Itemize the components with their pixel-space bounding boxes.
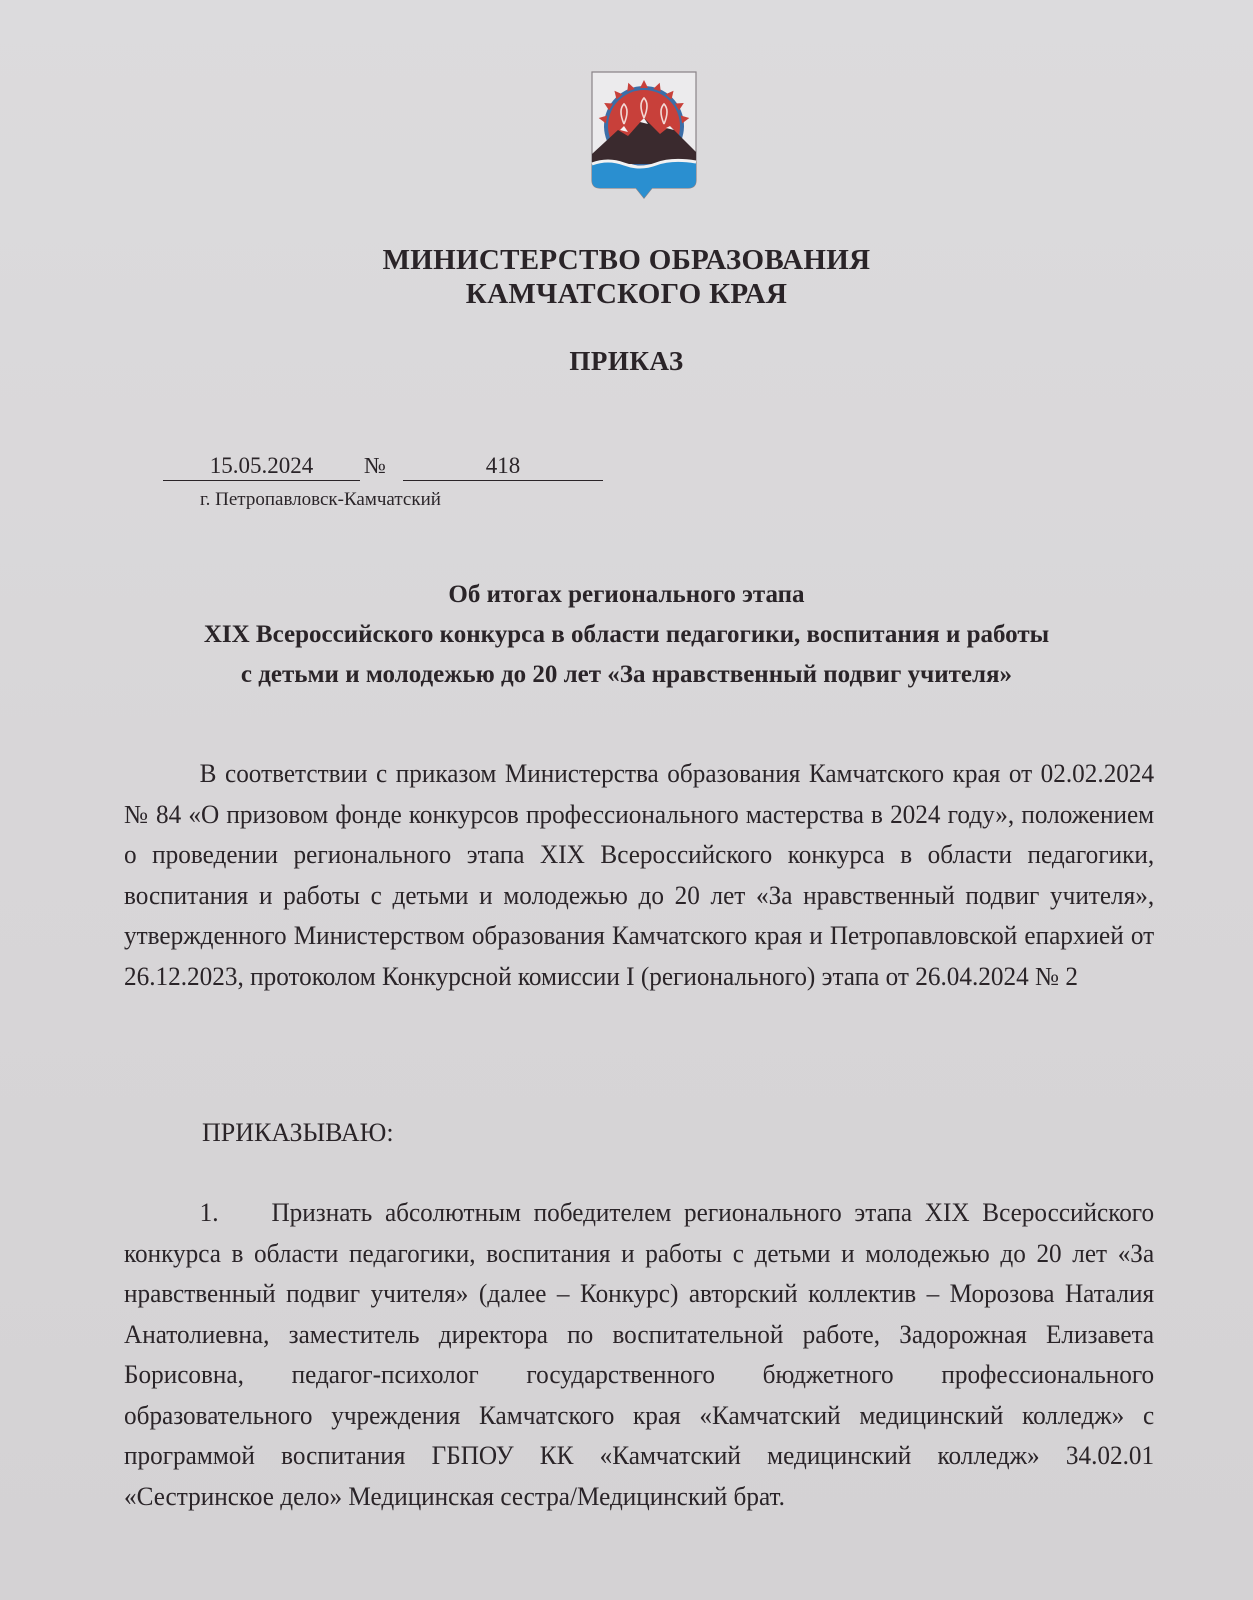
item-number: 1.	[200, 1193, 272, 1234]
subject-line-3: с детьми и молодежью до 20 лет «За нравс…	[0, 655, 1253, 695]
ministry-line-2: КАМЧАТСКОГО КРАЯ	[0, 277, 1253, 311]
city-line: г. Петропавловск-Камчатский	[200, 489, 441, 511]
order-date: 15.05.2024	[163, 452, 360, 481]
decree-word: ПРИКАЗЫВАЮ:	[202, 1118, 394, 1148]
preamble-paragraph: В соответствии с приказом Министерства о…	[124, 754, 1154, 997]
order-number: 418	[403, 452, 603, 481]
date-number-row: 15.05.2024 № 418	[163, 452, 600, 482]
order-subject: Об итогах регионального этапа XIX Всерос…	[0, 575, 1253, 695]
document-type: ПРИКАЗ	[0, 346, 1253, 377]
number-sign: №	[364, 452, 386, 480]
subject-line-2: XIX Всероссийского конкурса в области пе…	[0, 615, 1253, 655]
ministry-line-1: МИНИСТЕРСТВО ОБРАЗОВАНИЯ	[0, 243, 1253, 277]
document-page: МИНИСТЕРСТВО ОБРАЗОВАНИЯ КАМЧАТСКОГО КРА…	[0, 0, 1253, 1600]
coat-of-arms-icon	[588, 68, 700, 202]
subject-line-1: Об итогах регионального этапа	[0, 575, 1253, 615]
ministry-name: МИНИСТЕРСТВО ОБРАЗОВАНИЯ КАМЧАТСКОГО КРА…	[0, 243, 1253, 311]
order-item-1: 1.Признать абсолютным победителем регион…	[124, 1193, 1154, 1517]
item-text: Признать абсолютным победителем регионал…	[124, 1198, 1154, 1511]
